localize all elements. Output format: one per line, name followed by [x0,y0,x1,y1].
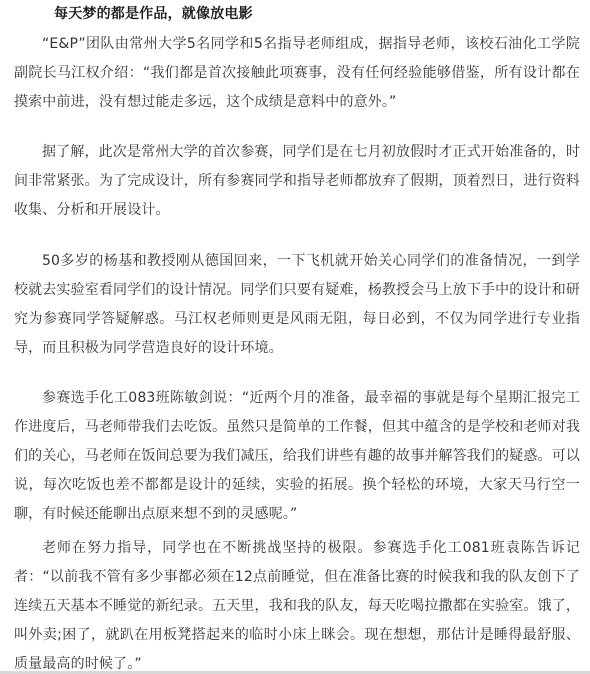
paragraph-preparation-timeline: 据了解，此次是常州大学的首次参赛，同学们是在七月初放假时才正式开始准备的，时间非… [14,138,580,225]
article-subheading: 每天梦的都是作品，就像放电影 [54,4,253,24]
paragraph-yuan-chen-quote: 老师在努力指导，同学也在不断挑战坚持的极限。参赛选手化工081班袁陈告诉记者：“… [14,534,580,674]
paragraph-chen-minjian-quote: 参赛选手化工083班陈敏剑说：“近两个月的准备，最幸福的事就是每个星期汇报完工作… [14,384,580,529]
paragraph-professors-support: 50多岁的杨基和教授刚从德国回来，一下飞机就开始关心同学们的准备情况，一到学校就… [14,247,580,363]
paragraph-team-intro: “E&P”团队由常州大学5名同学和5名指导老师组成，据指导老师，该校石油化工学院… [14,30,580,117]
